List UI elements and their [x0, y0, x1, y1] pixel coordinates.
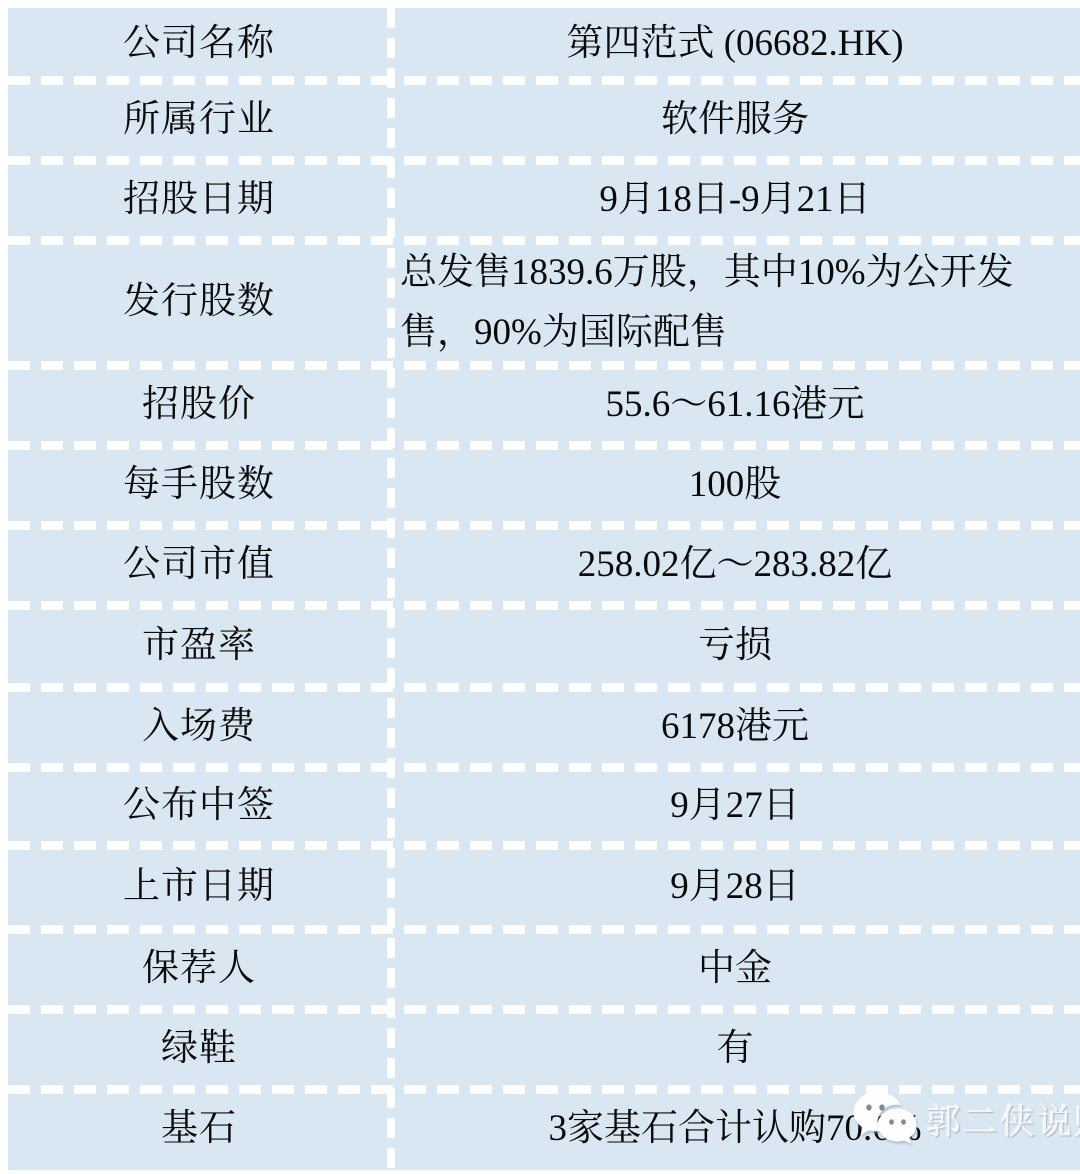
table-row: 每手股数100股 — [8, 445, 1080, 525]
row-value: 亏损 — [390, 605, 1080, 687]
row-label: 市盈率 — [8, 605, 390, 687]
row-value: 有 — [390, 1009, 1080, 1089]
table-row: 绿鞋有 — [8, 1009, 1080, 1089]
table-row: 市盈率亏损 — [8, 605, 1080, 687]
row-label: 公司市值 — [8, 525, 390, 605]
row-label: 绿鞋 — [8, 1009, 390, 1089]
row-value: 9月27日 — [390, 767, 1080, 845]
row-value: 100股 — [390, 445, 1080, 525]
row-label: 发行股数 — [8, 240, 390, 365]
row-value: 中金 — [390, 929, 1080, 1009]
row-label: 公司名称 — [8, 8, 390, 80]
row-label: 公布中签 — [8, 767, 390, 845]
row-value: 55.6～61.16港元 — [390, 365, 1080, 445]
row-label: 所属行业 — [8, 80, 390, 160]
table-row: 公布中签9月27日 — [8, 767, 1080, 845]
row-value: 258.02亿～283.82亿 — [390, 525, 1080, 605]
row-value: 9月18日-9月21日 — [390, 160, 1080, 240]
row-value: 总发售1839.6万股，其中10%为公开发售，90%为国际配售 — [390, 240, 1080, 365]
row-label: 招股日期 — [8, 160, 390, 240]
table-row: 公司市值258.02亿～283.82亿 — [8, 525, 1080, 605]
table-rows: 公司名称第四范式 (06682.HK)所属行业软件服务招股日期9月18日-9月2… — [8, 8, 1080, 1170]
table-row: 招股日期9月18日-9月21日 — [8, 160, 1080, 240]
table-row: 公司名称第四范式 (06682.HK) — [8, 8, 1080, 80]
table-row: 招股价55.6～61.16港元 — [8, 365, 1080, 445]
row-label: 每手股数 — [8, 445, 390, 525]
table-row: 入场费6178港元 — [8, 687, 1080, 767]
ipo-summary-table: 公司名称第四范式 (06682.HK)所属行业软件服务招股日期9月18日-9月2… — [8, 8, 1080, 1170]
row-label: 保荐人 — [8, 929, 390, 1009]
row-value: 9月28日 — [390, 845, 1080, 929]
table-row: 基石3家基石合计认购70.6% — [8, 1089, 1080, 1170]
row-label: 基石 — [8, 1089, 390, 1170]
row-value: 6178港元 — [390, 687, 1080, 767]
row-label: 上市日期 — [8, 845, 390, 929]
row-label: 招股价 — [8, 365, 390, 445]
row-value: 第四范式 (06682.HK) — [390, 8, 1080, 80]
row-value: 3家基石合计认购70.6% — [390, 1089, 1080, 1170]
table-row: 保荐人中金 — [8, 929, 1080, 1009]
table-row: 发行股数总发售1839.6万股，其中10%为公开发售，90%为国际配售 — [8, 240, 1080, 365]
row-label: 入场费 — [8, 687, 390, 767]
table-row: 上市日期9月28日 — [8, 845, 1080, 929]
row-value: 软件服务 — [390, 80, 1080, 160]
table-row: 所属行业软件服务 — [8, 80, 1080, 160]
